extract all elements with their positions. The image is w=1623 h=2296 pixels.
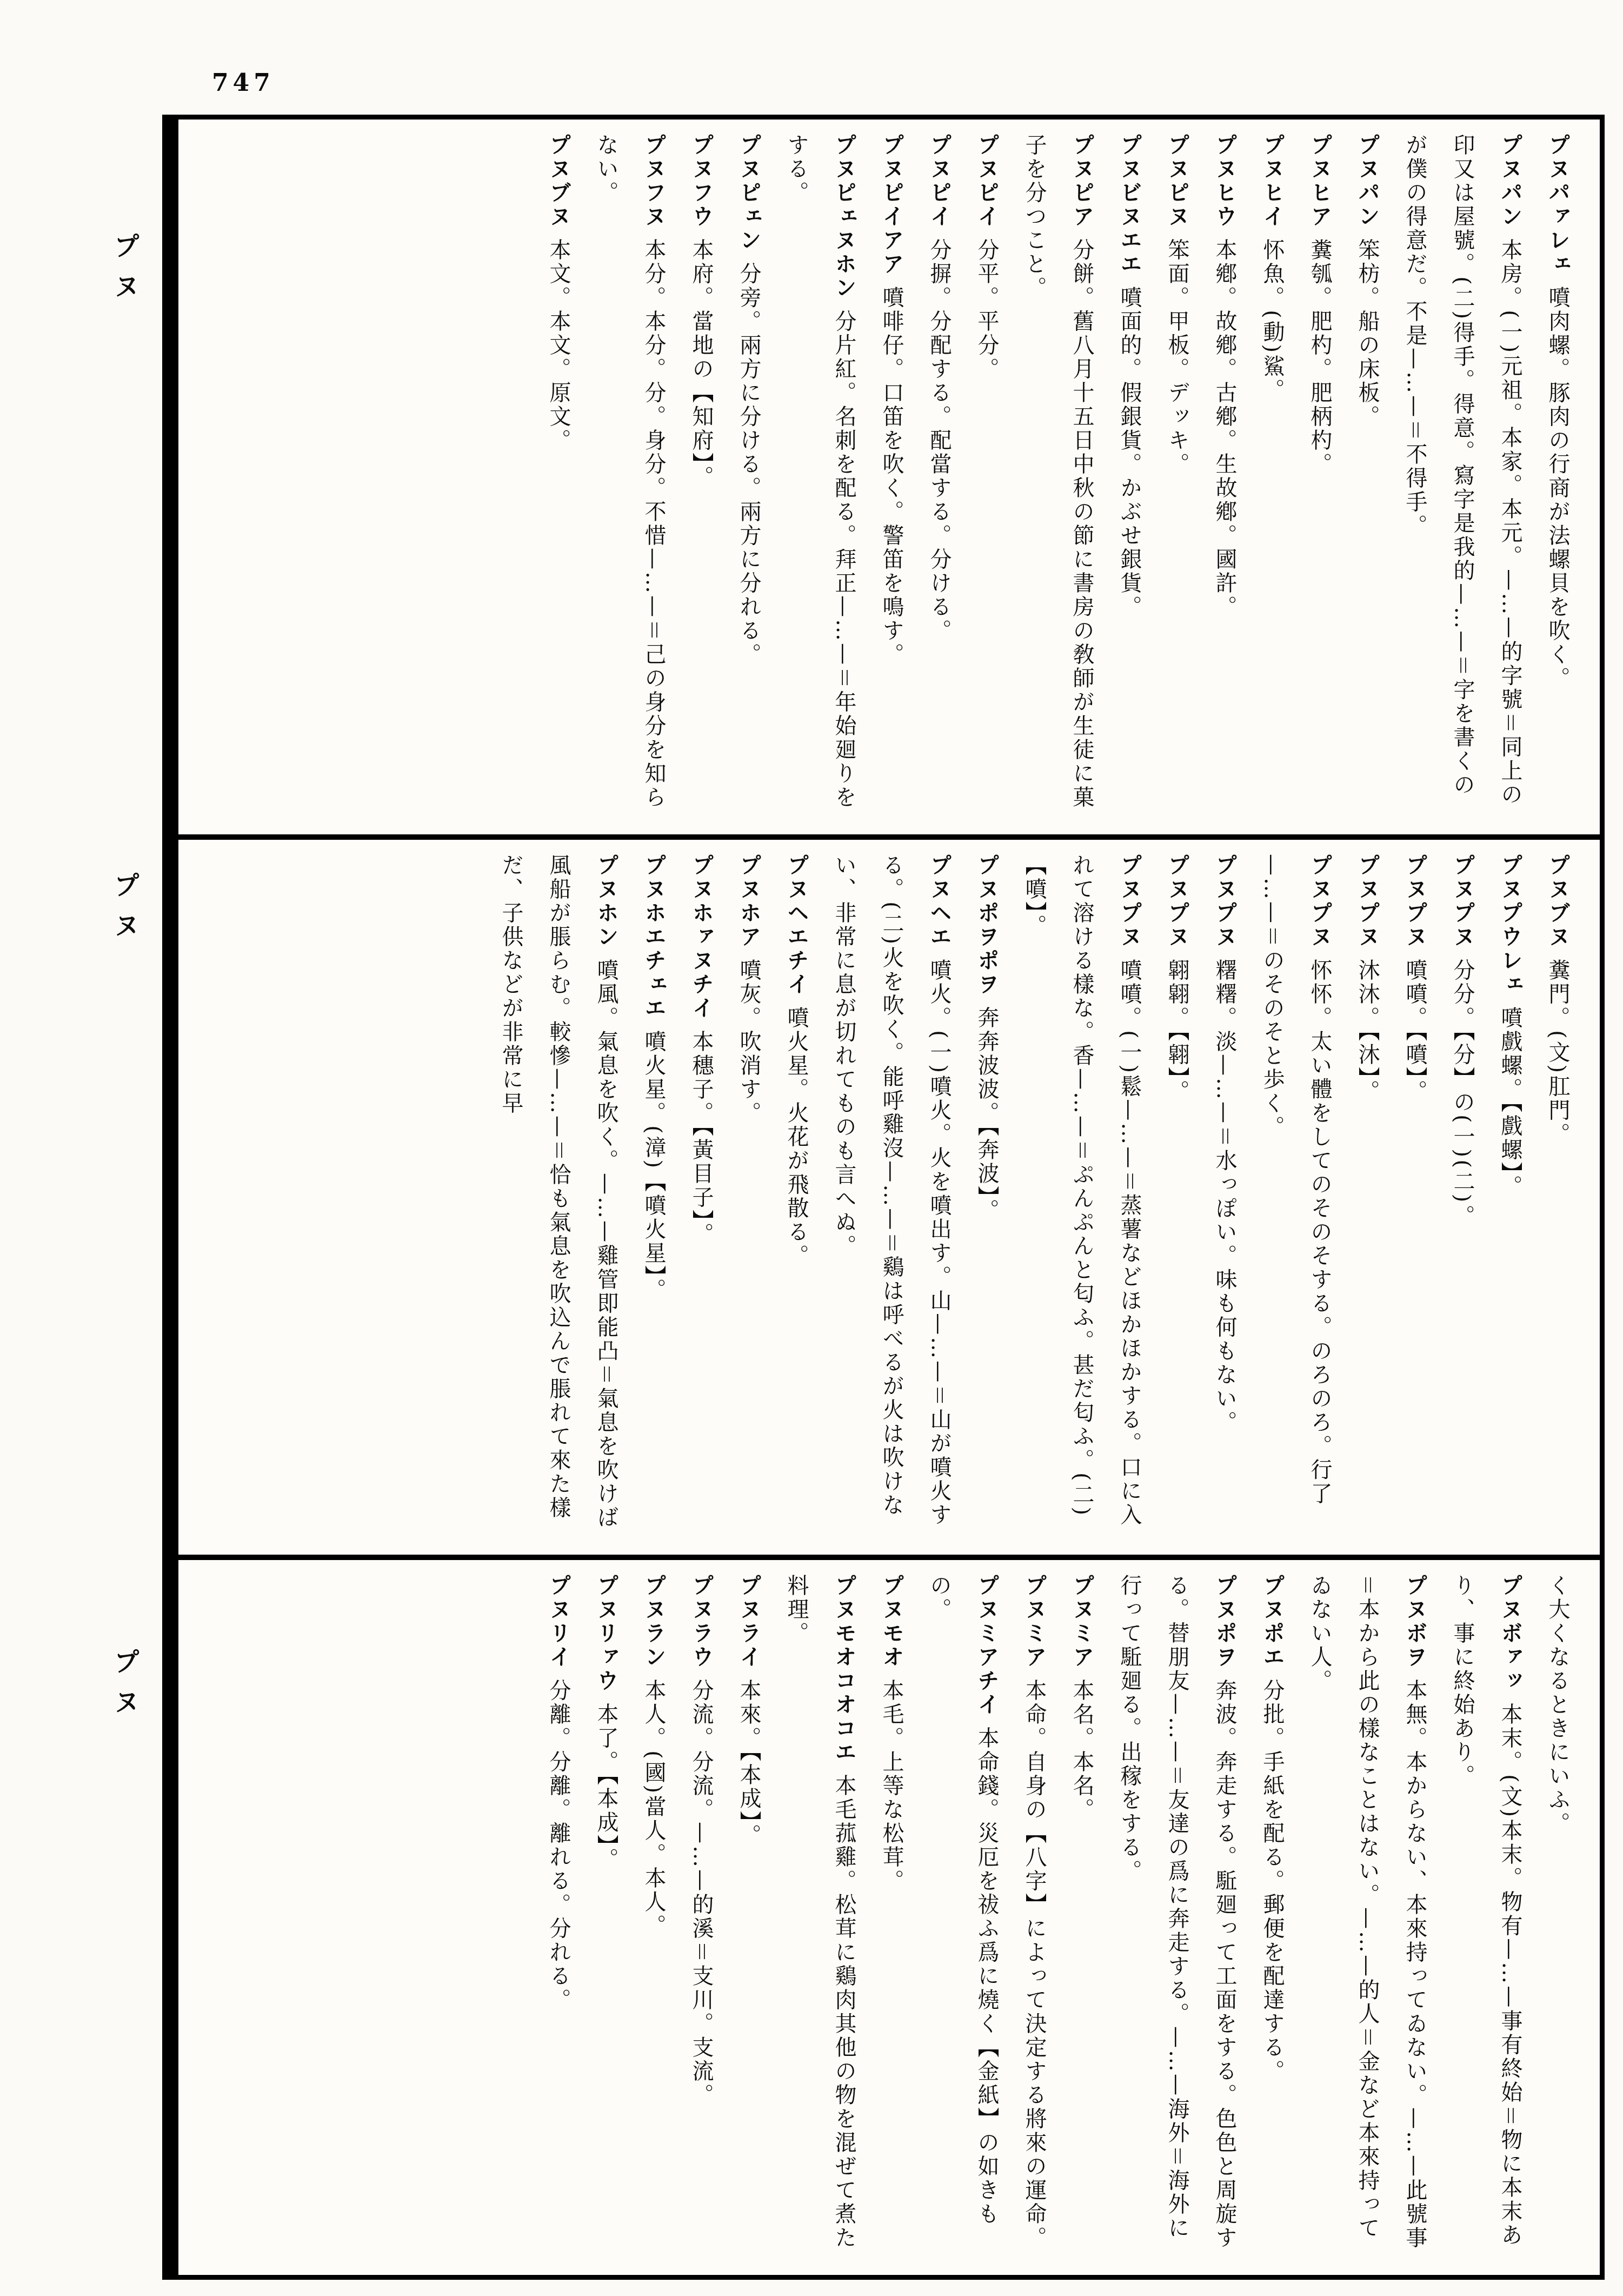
entry-headword: プヌミア: [1069, 1574, 1095, 1679]
entry-definition: 分分。【分】の(一)(二)。: [1450, 959, 1475, 1228]
entry-headword: プヌピェン: [736, 134, 762, 262]
dictionary-entry: プヌラウ分流。分流。—…—的溪＝支川。支流。: [677, 1574, 725, 2261]
entry-definition: 噴火星。(漳)【噴火星】。: [641, 1030, 666, 1302]
entry-definition: 噴灰。吹消す。: [736, 959, 761, 1125]
entry-headword: プヌモオ: [879, 1574, 904, 1679]
entry-headword: プヌラン: [641, 1574, 667, 1679]
dictionary-entry: プヌボァッ本末。(文)本末。物有—…—事有終始＝物に本末あり、事に終始あり。: [1439, 1574, 1534, 2261]
dictionary-entry: プヌポヲポヲ奔奔波波。【奔波】。: [963, 854, 1010, 1541]
entry-definition: 噴噴。【噴】。: [1402, 959, 1427, 1104]
entry-headword: プヌプヌ: [1450, 854, 1475, 959]
entry-headword: プヌポヲ: [1212, 1574, 1238, 1679]
entry-headword: プヌピイアア: [879, 134, 904, 286]
entry-headword: プヌプヌ: [1355, 854, 1380, 959]
dictionary-entry: プヌフヌ本分。本分。分。身分。不惜—…—＝己の身分を知らない。: [582, 134, 677, 820]
entry-definition: く大くなるときにいふ。: [1545, 1574, 1570, 1836]
entry-headword: プヌラウ: [689, 1574, 714, 1679]
entry-definition: 翶翶。【翶】。: [1165, 959, 1189, 1104]
entry-definition: 分批。手紙を配る。郵便を配達する。: [1260, 1679, 1285, 2083]
dictionary-entry: プヌブヌ本文。本文。原文。: [535, 134, 582, 820]
entry-headword: プヌフヌ: [641, 134, 667, 238]
entry-headword: プヌプウレェ: [1498, 854, 1523, 1006]
entry-headword: プヌフウ: [689, 134, 714, 238]
entry-headword: プヌヘエチイ: [784, 854, 809, 1006]
dictionary-entry: プヌピイ分摒。分配する。配當する。分ける。: [915, 134, 963, 820]
dictionary-entry: プヌパン笨枋。船の床板。: [1343, 134, 1391, 820]
entry-definition: 噴肉螺。豚肉の行商が法螺貝を吹く。: [1545, 286, 1570, 691]
dictionary-entry: プヌヒア糞瓠。肥杓。肥柄杓。: [1296, 134, 1343, 820]
entry-headword: プヌピェヌホン: [832, 134, 857, 310]
entry-definition: 噴戲螺。【戲螺】。: [1498, 1006, 1522, 1199]
entry-headword: プヌプヌ: [1165, 854, 1190, 959]
entry-definition: 本鄕。故鄕。古鄕。生故鄕。國許。: [1212, 238, 1237, 619]
entry-headword: プヌヒウ: [1212, 134, 1238, 238]
entry-continuation: く大くなるときにいふ。: [1534, 1574, 1581, 2261]
entry-headword: プヌビヌエエ: [1117, 134, 1142, 286]
entry-definition: 笨面。甲板。デッキ。: [1165, 238, 1189, 476]
entry-definition: 噴火星。火花が飛散る。: [784, 1006, 809, 1268]
entry-headword: プヌブヌ: [546, 134, 571, 238]
entry-definition: 分旁。兩方に分ける。兩方に分れる。: [736, 262, 761, 667]
dictionary-band-3: く大くなるときにいふ。プヌボァッ本末。(文)本末。物有—…—事有終始＝物に本末あ…: [178, 1555, 1600, 2275]
entry-headword: プヌピイ: [974, 134, 1000, 238]
dictionary-entry: プヌホン噴風。氣息を吹く。—…—雞管即能凸＝氣息を吹けば風船が脹らむ。較慘—…—…: [487, 854, 630, 1541]
dictionary-entry: プヌミア本命。自身の【八字】によって決定する將來の運命。: [1010, 1574, 1058, 2261]
page-frame: プヌパァレェ噴肉螺。豚肉の行商が法螺貝を吹く。プヌパン本房。(一)元祖。本家。本…: [162, 115, 1605, 2280]
entry-definition: 本來。【本成】。: [736, 1679, 761, 1848]
entry-headword: プヌピア: [1069, 134, 1095, 238]
dictionary-band-2: プヌブヌ糞門。(文)肛門。プヌプウレェ噴戲螺。【戲螺】。プヌプヌ分分。【分】の(…: [178, 834, 1600, 1555]
entry-definition: 噴面的。假銀貨。かぶせ銀貨。: [1117, 286, 1142, 619]
entry-headword: プヌボヲ: [1402, 1574, 1428, 1679]
entry-definition: 本府。當地の【知府】。: [689, 238, 714, 489]
margin-label-band-2: プヌ: [106, 872, 143, 952]
dictionary-entry: プヌピェヌホン分片紅。名刺を配る。拜正—…—＝年始廻りをする。: [773, 134, 868, 820]
dictionary-entry: プヌピア分餅。舊八月十五日中秋の節に書房の敎師が生徒に菓子を分つこと。: [1010, 134, 1106, 820]
entry-definition: 本穗子。【黃目子】。: [689, 1030, 714, 1246]
entry-definition: 分流。分流。—…—的溪＝支川。支流。: [689, 1679, 714, 2107]
dictionary-entry: プヌピヌ笨面。甲板。デッキ。: [1153, 134, 1201, 820]
dictionary-entry: プヌホァヌチイ本穗子。【黃目子】。: [677, 854, 725, 1541]
dictionary-entry: プヌプヌ糬糬。淡—…—＝水っぽい。味も何もない。: [1201, 854, 1248, 1541]
entry-headword: プヌブヌ: [1545, 854, 1571, 959]
dictionary-entry: プヌヒイ怀魚。(動)鯊。: [1248, 134, 1296, 820]
dictionary-entry: プヌパン本房。(一)元祖。本家。本元。—…—的字號＝同上の印又は屋號。(二)得手…: [1391, 134, 1534, 820]
entry-headword: プヌモオコオコエ: [832, 1574, 857, 1774]
entry-headword: プヌポヲポヲ: [974, 854, 1000, 1006]
dictionary-entry: プヌリイ分離。分離。離れる。分れる。: [535, 1574, 582, 2261]
entry-headword: プヌピイ: [927, 134, 952, 238]
dictionary-entry: プヌプヌ分分。【分】の(一)(二)。: [1439, 854, 1486, 1541]
entry-headword: プヌポエ: [1260, 1574, 1285, 1679]
dictionary-entry: プヌブヌ糞門。(文)肛門。: [1534, 854, 1581, 1541]
entry-definition: 笨枋。船の床板。: [1355, 238, 1380, 429]
entry-definition: 本人。(國)當人。本人。: [641, 1679, 666, 1938]
entry-definition: 噴啡仔。口笛を吹く。警笛を鳴す。: [879, 286, 904, 667]
entry-headword: プヌプヌ: [1307, 854, 1333, 959]
dictionary-entry: プヌプヌ翶翶。【翶】。: [1153, 854, 1201, 1541]
entry-definition: 沐沐。【沐】。: [1355, 959, 1380, 1104]
dictionary-entry: プヌホエチェエ噴火星。(漳)【噴火星】。: [630, 854, 677, 1541]
dictionary-entry: プヌヘエ噴火。(一)噴火。火を噴出す。山—…—＝山が噴火する。(二)火を吹く。能…: [820, 854, 963, 1541]
entry-definition: 本名。本名。: [1069, 1679, 1094, 1822]
dictionary-entry: プヌミアチイ本命錢。災厄を祓ふ爲に燒く【金紙】の如きもの。: [915, 1574, 1010, 2261]
dictionary-band-1: プヌパァレェ噴肉螺。豚肉の行商が法螺貝を吹く。プヌパン本房。(一)元祖。本家。本…: [178, 120, 1600, 834]
entry-definition: 分離。分離。離れる。分れる。: [546, 1679, 571, 2012]
dictionary-entry: プヌモオコオコエ本毛菰雞。松茸に鷄肉其他の物を混ぜて煮た料理。: [773, 1574, 868, 2261]
entry-definition: 糬糬。淡—…—＝水っぽい。味も何もない。: [1212, 959, 1237, 1435]
dictionary-entry: プヌプヌ噴噴。(一)鬆—…—＝蒸薯などほかほかする。口に入れて溶ける樣な。香—……: [1010, 854, 1153, 1541]
dictionary-entry: プヌピイ分平。平分。: [963, 134, 1010, 820]
dictionary-entry: プヌパァレェ噴肉螺。豚肉の行商が法螺貝を吹く。: [1534, 134, 1581, 820]
dictionary-entry: プヌピイアア噴啡仔。口笛を吹く。警笛を鳴す。: [868, 134, 915, 820]
entry-headword: プヌミア: [1022, 1574, 1047, 1679]
page-number: 747: [212, 69, 275, 97]
dictionary-entry: プヌヘエチイ噴火星。火花が飛散る。: [773, 854, 820, 1541]
entry-definition: 本命。自身の【八字】によって決定する將來の運命。: [1022, 1679, 1047, 2250]
dictionary-entry: プヌリァウ本了。【本成】。: [582, 1574, 630, 2261]
dictionary-entry: プヌピェン分旁。兩方に分ける。兩方に分れる。: [725, 134, 773, 820]
dictionary-entry: プヌヒウ本鄕。故鄕。古鄕。生故鄕。國許。: [1201, 134, 1248, 820]
entry-headword: プヌライ: [736, 1574, 762, 1679]
entry-headword: プヌミアチイ: [974, 1574, 1000, 1727]
dictionary-entry: プヌホア噴灰。吹消す。: [725, 854, 773, 1541]
entry-headword: プヌピヌ: [1165, 134, 1190, 238]
entry-headword: プヌパン: [1355, 134, 1380, 238]
entry-definition: 糞門。(文)肛門。: [1545, 959, 1570, 1146]
margin-label-band-3: プヌ: [106, 1648, 143, 1728]
entry-headword: プヌホン: [594, 854, 619, 959]
dictionary-entry: プヌボヲ本無。本からない、本來持ってゐない。—…—此號事＝本から此の樣なことはな…: [1296, 1574, 1439, 2261]
entry-headword: プヌホァヌチイ: [689, 854, 714, 1030]
entry-headword: プヌリイ: [546, 1574, 571, 1679]
entry-headword: プヌリァウ: [594, 1574, 619, 1703]
entry-headword: プヌホエチェエ: [641, 854, 667, 1030]
dictionary-entry: プヌモオ本毛。上等な松茸。: [868, 1574, 915, 2261]
dictionary-entry: プヌフウ本府。當地の【知府】。: [677, 134, 725, 820]
entry-headword: プヌヒア: [1307, 134, 1333, 238]
entry-definition: 糞瓠。肥杓。肥柄杓。: [1307, 238, 1332, 476]
entry-headword: プヌプヌ: [1212, 854, 1238, 959]
dictionary-entry: プヌプウレェ噴戲螺。【戲螺】。: [1486, 854, 1534, 1541]
entry-definition: 怀魚。(動)鯊。: [1260, 238, 1285, 402]
dictionary-entry: プヌビヌエエ噴面的。假銀貨。かぶせ銀貨。: [1106, 134, 1153, 820]
entry-headword: プヌヘエ: [927, 854, 952, 959]
dictionary-entry: プヌプヌ沐沐。【沐】。: [1343, 854, 1391, 1541]
margin-label-band-1: プヌ: [106, 233, 143, 313]
entry-headword: プヌヒイ: [1260, 134, 1285, 238]
entry-definition: 本了。【本成】。: [594, 1703, 618, 1872]
entry-definition: 分平。平分。: [974, 238, 999, 381]
dictionary-entry: プヌミア本名。本名。: [1058, 1574, 1106, 2261]
dictionary-entry: プヌプヌ怀怀。太い體をしてのそのそする。のろのろ。行了—…—＝のそのそと歩く。: [1248, 854, 1343, 1541]
entry-headword: プヌホア: [736, 854, 762, 959]
entry-definition: 奔奔波波。【奔波】。: [974, 1006, 999, 1223]
entry-definition: 分摒。分配する。配當する。分ける。: [927, 238, 952, 643]
entry-headword: プヌプヌ: [1402, 854, 1428, 959]
entry-headword: プヌパン: [1498, 134, 1523, 238]
entry-definition: 本毛。上等な松茸。: [879, 1679, 904, 1893]
entry-headword: プヌプヌ: [1117, 854, 1142, 959]
dictionary-entry: プヌポヲ奔波。奔走する。駈廻って工面をする。色色と周旋する。替朋友—…—＝友達の…: [1106, 1574, 1248, 2261]
dictionary-entry: プヌライ本來。【本成】。: [725, 1574, 773, 2261]
entry-definition: 本文。本文。原文。: [546, 238, 571, 453]
dictionary-entry: プヌポエ分批。手紙を配る。郵便を配達する。: [1248, 1574, 1296, 2261]
dictionary-entry: プヌプヌ噴噴。【噴】。: [1391, 854, 1439, 1541]
entry-headword: プヌパァレェ: [1545, 134, 1571, 286]
dictionary-entry: プヌラン本人。(國)當人。本人。: [630, 1574, 677, 2261]
entry-headword: プヌボァッ: [1498, 1574, 1523, 1703]
